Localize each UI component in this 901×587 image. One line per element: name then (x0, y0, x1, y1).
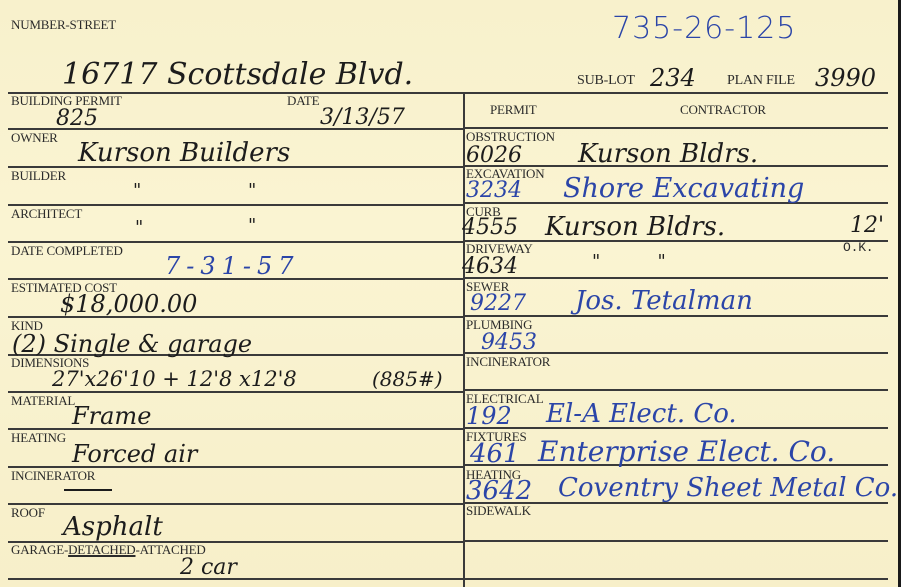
architect-ditto-2: " (248, 217, 256, 235)
file-number: 735-26-125 (612, 14, 796, 44)
driveway-permit: 4634 (462, 256, 518, 278)
incinerator-label: INCINERATOR (11, 469, 95, 483)
garage-label: GARAGE-DETACHED-ATTACHED (11, 543, 206, 557)
dimensions-value: 27'x26'10 + 12'8 x12'8 (52, 369, 297, 390)
excavation-permit: 3234 (466, 180, 522, 202)
sewer-permit: 9227 (470, 293, 526, 315)
fixtures-permit: 461 (470, 441, 520, 467)
kind-value: (2) Single & garage (12, 332, 252, 356)
plan-file-value: 3990 (815, 66, 876, 90)
builder-ditto-2: " (248, 182, 256, 200)
incinerator-permit-label: INCINERATOR (466, 355, 550, 369)
plumbing-permit: 9453 (481, 332, 537, 354)
heating-permit: 3642 (466, 478, 532, 504)
electrical-contractor: El-A Elect. Co. (546, 401, 737, 427)
garage-label-prefix: GARAGE- (11, 542, 68, 557)
material-value: Frame (72, 404, 151, 428)
curb-permit: 4555 (462, 217, 518, 239)
heating-contractor: Coventry Sheet Metal Co. (558, 475, 898, 501)
owner-label: OWNER (11, 131, 58, 145)
obstruction-label: OBSTRUCTION (466, 130, 555, 144)
garage-value: 2 car (180, 557, 237, 579)
obstruction-contractor: Kurson Bldrs. (578, 141, 758, 167)
date-completed-label: DATE COMPLETED (11, 244, 123, 258)
excavation-contractor: Shore Excavating (563, 175, 804, 202)
date-completed-value: 7-31-57 (165, 254, 300, 278)
divider (463, 277, 888, 279)
date-value: 3/13/57 (320, 107, 405, 129)
sidewalk-label: SIDEWALK (466, 504, 531, 518)
roof-label: ROOF (11, 506, 45, 520)
architect-label: ARCHITECT (11, 207, 82, 221)
driveway-contractor: " " (592, 253, 666, 271)
owner-value: Kurson Builders (78, 140, 290, 166)
obstruction-permit: 6026 (466, 145, 522, 167)
heating-label: HEATING (11, 431, 66, 445)
sub-lot-label: SUB-LOT (577, 74, 635, 88)
contractor-column-header: CONTRACTOR (680, 103, 766, 117)
divider (8, 578, 888, 580)
builder-label: BUILDER (11, 169, 66, 183)
plan-file-label: PLAN FILE (727, 74, 795, 88)
sub-lot-value: 234 (650, 66, 696, 90)
electrical-permit: 192 (466, 404, 512, 428)
sewer-contractor: Jos. Tetalman (575, 288, 753, 314)
divider (8, 92, 888, 94)
material-label: MATERIAL (11, 394, 75, 408)
divider (8, 391, 463, 393)
curb-contractor: Kurson Bldrs. (545, 214, 725, 240)
divider (8, 503, 463, 505)
building-permit-value: 825 (56, 108, 98, 130)
driveway-extra: O.K. (843, 241, 873, 255)
permit-column-header: PERMIT (490, 103, 536, 117)
builder-ditto-1: " (133, 182, 141, 200)
fixtures-contractor: Enterprise Elect. Co. (538, 438, 835, 466)
divider (463, 540, 888, 542)
heating-value: Forced air (72, 442, 197, 466)
incinerator-dash (64, 489, 112, 491)
permit-record-card: NUMBER-STREET 735-26-125 16717 Scottsdal… (0, 0, 901, 587)
garage-label-detached: DETACHED (68, 542, 135, 557)
address-value: 16717 Scottsdale Blvd. (62, 60, 413, 90)
dimensions-note: (885#) (372, 369, 443, 389)
number-street-label: NUMBER-STREET (11, 18, 116, 32)
estimated-cost-value: $18,000.00 (60, 292, 197, 316)
date-label: DATE (287, 94, 319, 108)
curb-extra: 12' (850, 215, 884, 237)
architect-ditto-1: " (135, 219, 143, 237)
roof-value: Asphalt (63, 514, 163, 540)
